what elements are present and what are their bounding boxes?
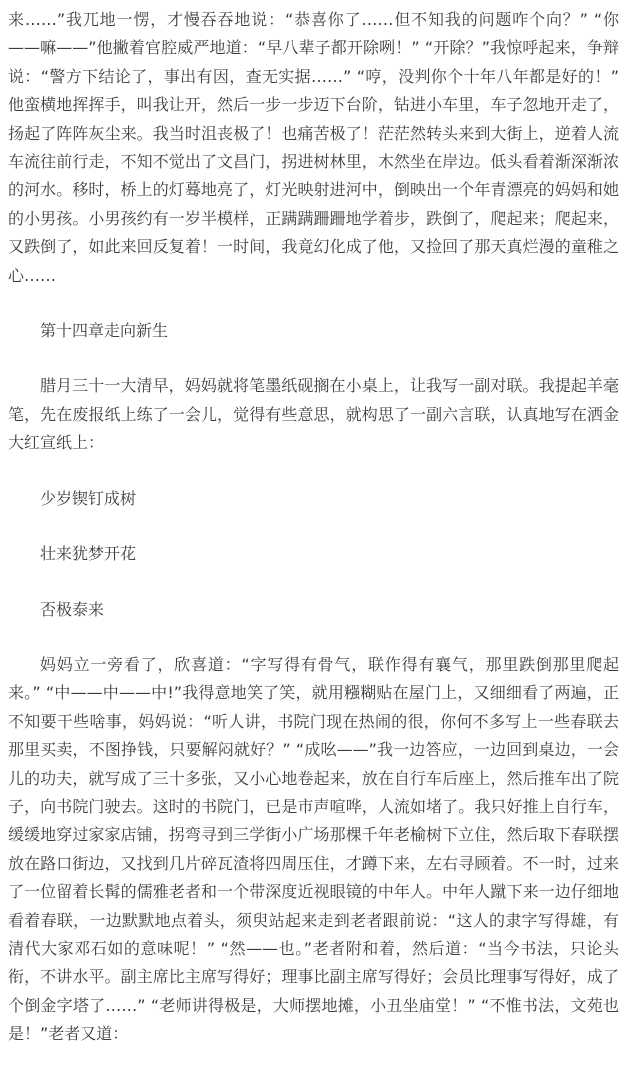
couplet-line-upper: 少岁锲钉成树 bbox=[8, 485, 619, 513]
continuation-paragraph: 来……”我兀地一愣，才慢吞吞地说：“恭喜你了……但不知我的问题咋个向？” “你—… bbox=[8, 6, 619, 290]
intro-paragraph: 腊月三十一大清早，妈妈就将笔墨纸砚搁在小桌上，让我写一副对联。我提起羊毫笔，先在… bbox=[8, 372, 619, 457]
couplet-line-lower: 壮来犹梦开花 bbox=[8, 540, 619, 568]
closing-paragraph: 妈妈立一旁看了，欣喜道：“字写得有骨气，联作得有襄气，那里跌倒那里爬起来。” “… bbox=[8, 651, 619, 1049]
chapter-heading: 第十四章走向新生 bbox=[8, 317, 619, 345]
novel-text-page: 来……”我兀地一愣，才慢吞吞地说：“恭喜你了……但不知我的问题咋个向？” “你—… bbox=[8, 6, 619, 1049]
couplet-horizontal-scroll: 否极泰来 bbox=[8, 596, 619, 624]
